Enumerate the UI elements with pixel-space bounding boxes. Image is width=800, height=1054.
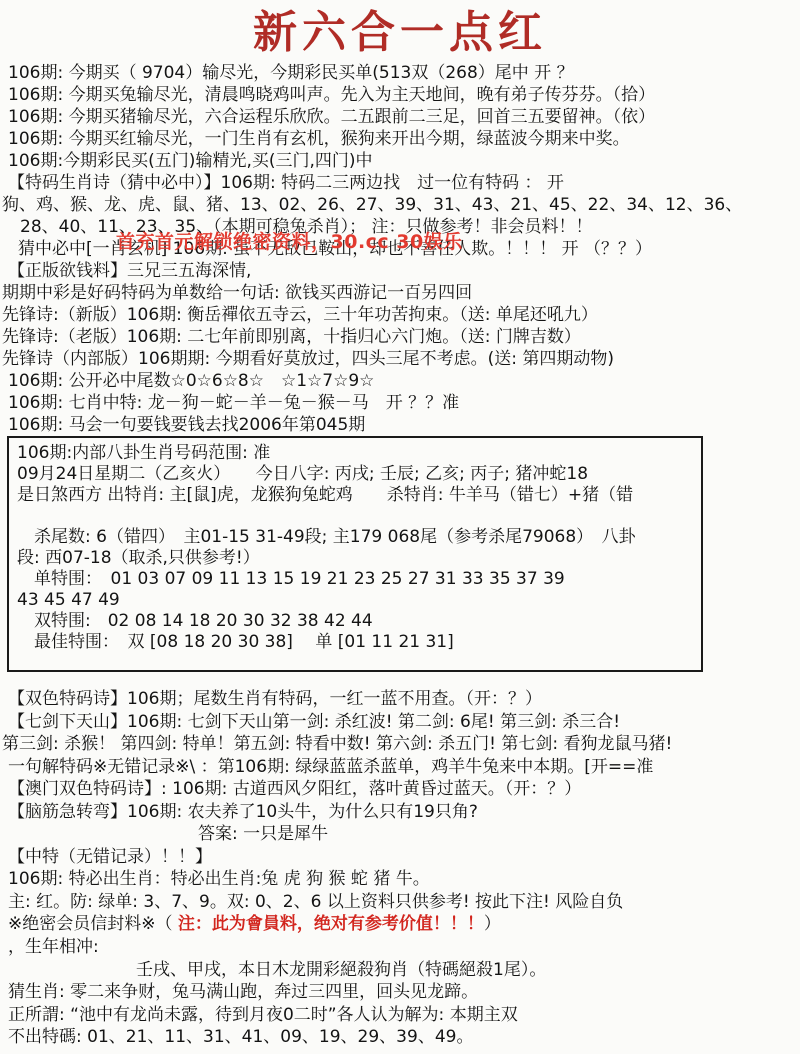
text-line: 是日煞西方 出特肖: 主[鼠]虎，龙猴狗兔蛇鸡 杀特肖: 牛羊马（错七）+猪（错 <box>17 485 695 506</box>
text-line: 最佳特围： 双 [08 18 20 30 38] 单 [01 11 21 31] <box>17 632 695 653</box>
text-line: 先锋诗:（老版）106期: 二七年前即别离，十指归心六门炮。（送: 门牌吉数） <box>2 326 800 348</box>
text-line: 106期: 今期买兔输尽光，清晨鸣晓鸡叫声。先入为主天地间，晚有弟子传芬芬。（拾… <box>8 84 800 106</box>
text-line <box>17 506 695 527</box>
text-line: 【特码生肖诗（猜中必中）】106期: 特码二三两边找 过一位有特码 ： 开 <box>8 172 800 194</box>
text-line: 【正版欲钱料】三兄三五海深情, <box>8 260 800 282</box>
tail-section: ，生年相冲: 壬戌、甲戌，本日木龙開彩絕殺狗肖（特碼絕殺1尾）。 猜生肖: 零二… <box>0 936 800 1049</box>
text-line: 段: 西07-18（取杀,只供参考!） <box>17 548 695 569</box>
text-line: 壬戌、甲戌，本日木龙開彩絕殺狗肖（特碼絕殺1尾）。 <box>8 959 800 982</box>
text-line: 主: 红。防: 绿单: 3、7、9。双: 0、2、6 以上资料只供参考! 按此下… <box>8 891 800 914</box>
tip-sheet-page: 新六合一点红 106期: 今期买（ 9704）输尽光，今期彩民买单(513双（2… <box>0 0 800 1054</box>
text-line: 【澳门双色特码诗】: 106期: 古道西风夕阳红，落叶黄昏过蓝天。（开：？） <box>8 778 800 801</box>
text-line: 先锋诗:（新版）106期: 衡岳禪依五寺云，三十年功苦拘束。（送: 单尾还吼九） <box>2 304 800 326</box>
text-line: 106期:内部八卦生肖号码范围: 准 <box>17 443 695 464</box>
member-note-line: ※绝密会员信封料※（ 注：此为會員料，绝对有参考价值！！！） <box>8 913 800 936</box>
text-line: 双特围: 02 08 14 18 20 30 32 38 42 44 <box>17 611 695 632</box>
text-line: 期期中彩是好码特码为单数给一句话: 欲钱买西游记一百另四回 <box>2 282 800 304</box>
text-line: 【脑筋急转弯】106期: 农夫养了10头牛，为什么只有19只角? <box>8 801 800 824</box>
text-line: 第三剑: 杀猴！ 第四剑: 特单！第五剑: 特看中数! 第六剑: 杀五门! 第七… <box>2 733 800 756</box>
text-line: 106期: 公开必中尾数☆0☆6☆8☆ ☆1☆7☆9☆ <box>8 370 800 392</box>
member-note-red-text: 注：此为會員料，绝对有参考价值！！！ <box>178 914 484 934</box>
text-line: 【中特（无错记录）！！】 <box>8 846 800 869</box>
text-line: 106期: 特必出生肖：特必出生肖:兔 虎 狗 猴 蛇 猪 牛。 <box>8 868 800 891</box>
text-line: 106期:今期彩民买(五门)输精光,买(三门,四门)中 <box>8 150 800 172</box>
member-note-prefix: ※绝密会员信封料※（ <box>8 914 178 934</box>
text-line: 猜生肖: 零二来争财，兔马满山跑，奔过三四里，回头见龙蹄。 <box>8 981 800 1004</box>
text-line: 106期: 马会一句要钱要钱去找2006年第045期 <box>8 414 800 436</box>
text-line: 106期: 今期买（ 9704）输尽光，今期彩民买单(513双（268）尾中 开… <box>8 62 800 84</box>
top-section: 106期: 今期买（ 9704）输尽光，今期彩民买单(513双（268）尾中 开… <box>0 58 800 436</box>
text-line: 单特围： 01 03 07 09 11 13 15 19 21 23 25 27… <box>17 569 695 590</box>
text-line: 猜中必中[一肖玄机] 106期: 虽不无敌己鞍山，却也不善任人欺。！！！ 开 （… <box>8 238 800 260</box>
text-line: 【七剑下天山】106期: 七剑下天山第一剑: 杀红波! 第二剑: 6尾! 第三剑… <box>8 711 800 734</box>
text-line: 09月24日星期二（乙亥火） 今日八字: 丙戌; 壬辰; 乙亥; 丙子; 猪冲蛇… <box>17 464 695 485</box>
text-line: 43 45 47 49 <box>17 590 695 611</box>
bagua-box: 106期:内部八卦生肖号码范围: 准 09月24日星期二（乙亥火） 今日八字: … <box>7 436 703 672</box>
mid-section: 【双色特码诗】106期；尾数生肖有特码，一红一蓝不用查。（开：？） 【七剑下天山… <box>0 672 800 936</box>
member-note-suffix: ） <box>484 914 501 934</box>
text-line: 狗、鸡、猴、龙、虎、鼠、猪、13、02、26、27、39、31、43、21、45… <box>2 194 800 216</box>
text-line: 正所謂: “池中有龙尚未露，待到月夜0二时”各人认为解为: 本期主双 <box>8 1004 800 1027</box>
text-line: 106期: 今期买红输尽光，一门生肖有玄机，猴狗来开出今期，绿蓝波今期来中奖。 <box>8 128 800 150</box>
text-line: ，生年相冲: <box>8 936 800 959</box>
page-title: 新六合一点红 <box>0 0 800 58</box>
text-line: 一句解特码※无错记录※\ ：第106期: 绿绿蓝蓝杀蓝单，鸡羊牛兔来中本期。[开… <box>8 756 800 779</box>
text-line: 106期: 七肖中特: 龙－狗－蛇－羊－兔－猴－马 开 ？？准 <box>8 392 800 414</box>
text-line: 106期: 今期买猪输尽光，六合运程乐欣欣。二五跟前二三足，回首三五要留神。（依… <box>8 106 800 128</box>
text-line: 【双色特码诗】106期；尾数生肖有特码，一红一蓝不用查。（开：？） <box>8 688 800 711</box>
text-line: 杀尾数: 6（错四） 主01-15 31-49段; 主179 068尾（参考杀尾… <box>17 527 695 548</box>
text-line: 先锋诗（内部版）106期期: 今期看好莫放过，四头三尾不考虑。(送: 第四期动物… <box>2 348 800 370</box>
text-line: 不出特碼: 01、21、11、31、41、09、19、29、39、49。 <box>8 1026 800 1049</box>
text-line: 28、40、11、23、35、（本期可稳兔杀肖）； 注：只做参考！非会员料！！ <box>8 216 800 238</box>
riddle-answer-line: 答案: 一只是犀牛 <box>8 823 800 846</box>
